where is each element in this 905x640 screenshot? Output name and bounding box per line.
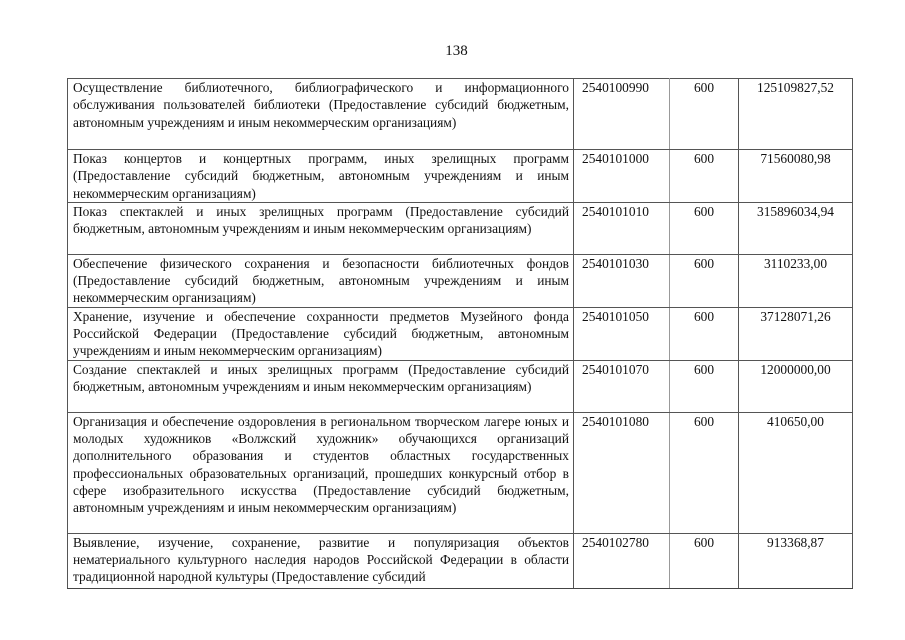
table-row: Показ концертов и концертных программ, и… — [68, 150, 853, 203]
target-article-code: 2540101070 — [574, 360, 670, 412]
expense-name: Показ концертов и концертных программ, и… — [68, 150, 574, 203]
amount: 315896034,94 — [739, 202, 853, 254]
amount: 71560080,98 — [739, 150, 853, 203]
target-article-code: 2540101010 — [574, 202, 670, 254]
amount: 410650,00 — [739, 412, 853, 533]
expense-name: Организация и обеспечение оздоровления в… — [68, 412, 574, 533]
budget-table: Осуществление библиотечного, библиографи… — [67, 78, 853, 589]
amount: 3110233,00 — [739, 254, 853, 307]
table-row: Осуществление библиотечного, библиографи… — [68, 79, 853, 150]
table-row: Создание спектаклей и иных зрелищных про… — [68, 360, 853, 412]
target-article-code: 2540102780 — [574, 533, 670, 588]
target-article-code: 2540101000 — [574, 150, 670, 203]
target-article-code: 2540100990 — [574, 79, 670, 150]
expense-type-code: 600 — [670, 254, 739, 307]
target-article-code: 2540101030 — [574, 254, 670, 307]
expense-name: Обеспечение физического сохранения и без… — [68, 254, 574, 307]
expense-type-code: 600 — [670, 307, 739, 360]
expense-type-code: 600 — [670, 150, 739, 203]
expense-name: Хранение, изучение и обеспечение сохранн… — [68, 307, 574, 360]
expense-name: Создание спектаклей и иных зрелищных про… — [68, 360, 574, 412]
expense-type-code: 600 — [670, 202, 739, 254]
amount: 913368,87 — [739, 533, 853, 588]
expense-name: Осуществление библиотечного, библиографи… — [68, 79, 574, 150]
expense-type-code: 600 — [670, 79, 739, 150]
expense-type-code: 600 — [670, 360, 739, 412]
expense-type-code: 600 — [670, 533, 739, 588]
table-row: Показ спектаклей и иных зрелищных програ… — [68, 202, 853, 254]
table-row: Выявление, изучение, сохранение, развити… — [68, 533, 853, 588]
amount: 125109827,52 — [739, 79, 853, 150]
table-row: Организация и обеспечение оздоровления в… — [68, 412, 853, 533]
target-article-code: 2540101050 — [574, 307, 670, 360]
table-row: Обеспечение физического сохранения и без… — [68, 254, 853, 307]
expense-name: Показ спектаклей и иных зрелищных програ… — [68, 202, 574, 254]
page-number: 138 — [0, 43, 905, 60]
amount: 37128071,26 — [739, 307, 853, 360]
target-article-code: 2540101080 — [574, 412, 670, 533]
table-row: Хранение, изучение и обеспечение сохранн… — [68, 307, 853, 360]
expense-type-code: 600 — [670, 412, 739, 533]
expense-name: Выявление, изучение, сохранение, развити… — [68, 533, 574, 588]
amount: 12000000,00 — [739, 360, 853, 412]
